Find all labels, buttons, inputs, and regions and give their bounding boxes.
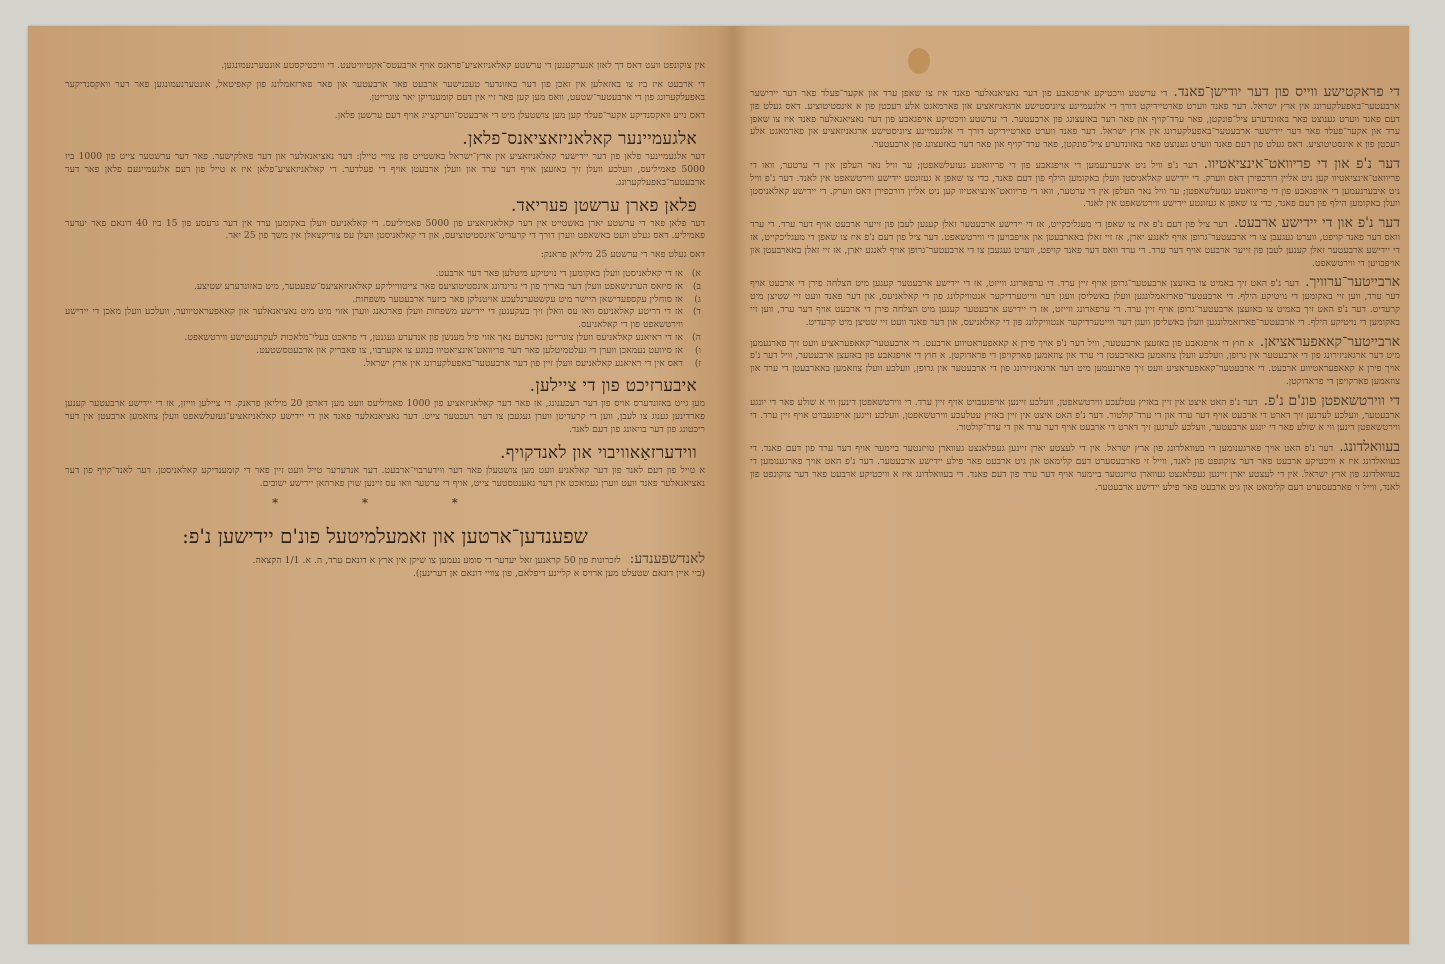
section-body: דער נ'פ און די פריוואט־אינציאטיוו.דער נ'… xyxy=(750,158,1400,211)
section-heading: בעוואלדונג. xyxy=(1339,439,1400,455)
intro-paragraph: די ארבעט איז ביז צו באזאלען אין זאכן פון… xyxy=(65,79,705,105)
right-section: ארבייטער־ערוויך.דער נ'פ האט זיך באמיט צו… xyxy=(750,276,1400,329)
list-number: ו) xyxy=(695,345,701,358)
section-body: מען גייט באזונדערס אויס פון דער רעכענונג… xyxy=(65,398,705,436)
appeal-note: (ביי איין דונאם שטעלט מען ארויס א קליינע… xyxy=(65,567,705,580)
right-section: בעוואלדונג.דער נ'פ האט אויך פארגענומען ד… xyxy=(750,441,1400,494)
right-section: ארבייטער־קאאפעראציאן.א חוץ די אויפגאבע פ… xyxy=(750,336,1400,389)
appeal-text: לזכרונות פון 50 קראנען זאל יעדער די סומע… xyxy=(253,555,621,566)
section-text-cont: דער נ'פ האט זיך באמיט צו באזעצן ארבעטער־… xyxy=(750,304,1400,328)
section-heading: דער נ'פ און די פריוואט־אינציאטיוו. xyxy=(1204,156,1400,172)
section-body: דער נ'פ און די יידישע ארבעט.דער ציל פון … xyxy=(750,217,1400,270)
intro-paragraph: אין צוקונפט וועט דאס דך לאזן אנערקענען ד… xyxy=(65,60,705,73)
section-rebuilding: ווידערזאַאוויבוי און לאנדקויף. א טייל פו… xyxy=(65,443,705,491)
appeal-line: לאנדשפענדע: לזכרונות פון 50 קראנען זאל י… xyxy=(65,553,705,567)
list-text: אז סוחלין עקספעדישאן היישר מיט עקשטערנלע… xyxy=(352,294,683,305)
appeal-heading: שפענדען־ארטען און זאמעלמיטעל פונ'ם יידיש… xyxy=(65,524,705,549)
list-item: ד)אז די דריטע קאלאניעס וואו עס וואלן זיך… xyxy=(65,306,705,332)
section-body: די ווירטשאפטן פונ'ם נ'פ.דער נ'פ האט איצט… xyxy=(750,395,1400,435)
list-number: ה) xyxy=(692,332,701,345)
list-item: א)אז די קאלאניסטן וועלן באקומען די נויטי… xyxy=(65,268,705,281)
right-section: די ווירטשאפטן פונ'ם נ'פ.דער נ'פ האט איצט… xyxy=(750,395,1400,435)
list-item: ב)אז סיזאס הערנישאפט וועלן דער באריך פון… xyxy=(65,281,705,294)
list-item: ה)אז די ראיאנע קאלאניעס וועלן צוגרייטן נ… xyxy=(65,332,705,345)
section-body: בעוואלדונג.דער נ'פ האט אויך פארגענומען ד… xyxy=(750,441,1400,494)
section-body: דער פלאן פאר די ערשטע יארן באשטייט אין ד… xyxy=(65,218,705,244)
section-general-plan: אלגעמיינער קאלאניזאציאנס־פלאן. דער אלגעמ… xyxy=(65,129,705,189)
list-number: ג) xyxy=(694,294,701,307)
list-number: ד) xyxy=(693,306,701,319)
document-sheet: אין צוקונפט וועט דאס דך לאזן אנערקענען ד… xyxy=(28,26,1409,944)
right-section: דער נ'פ און די יידישע ארבעט.דער ציל פון … xyxy=(750,217,1400,270)
right-section: די פראקטישע ווייס פון דער יודישן־פאנד.די… xyxy=(750,86,1400,152)
list-item: ז)דאס אין די ראיאנע קאלאניעס וועלן זיין … xyxy=(65,358,705,371)
list-text: דאס אין די ראיאנע קאלאניעס וועלן זיין פו… xyxy=(363,358,683,369)
list-text: אז די דריטע קאלאניעס וואו עס וואלן זיך ב… xyxy=(65,306,683,330)
list-item: ו)אז סיוועט נעמאכן ווערן די געלטמיטלען פ… xyxy=(65,345,705,358)
list-intro: דאס געלט פאר די ערשטע 25 מיליאן פראנק: xyxy=(65,249,705,262)
list-item: ג)אז סוחלין עקספעדישאן היישר מיט עקשטערנ… xyxy=(65,294,705,307)
center-fold xyxy=(718,26,748,944)
section-heading: דער נ'פ און די יידישע ארבעט. xyxy=(1234,215,1400,231)
section-heading: איבערזיכט פון די ציילען. xyxy=(65,376,697,396)
list-text: אז די קאלאניסטן וועלן באקומען די נויטיקע… xyxy=(436,268,684,279)
numbered-list: א)אז די קאלאניסטן וועלן באקומען די נויטי… xyxy=(65,268,705,370)
list-number: א) xyxy=(692,268,701,281)
list-number: ז) xyxy=(695,358,701,371)
section-heading: ארבייטער־קאאפעראציאן. xyxy=(1260,334,1400,350)
separator-stars: * * * xyxy=(65,496,705,510)
right-page: די פראקטישע ווייס פון דער יודישן־פאנד.די… xyxy=(750,86,1400,500)
appeal-label: לאנדשפענדע: xyxy=(630,551,705,567)
right-section: דער נ'פ און די פריוואט־אינציאטיוו.דער נ'… xyxy=(750,158,1400,211)
list-text: אז די ראיאנע קאלאניעס וועלן צוגרייטן נאכ… xyxy=(184,332,683,343)
section-heading: פלאן פארן ערשטן פעריאד. xyxy=(65,196,697,216)
section-body: ארבייטער־ערוויך.דער נ'פ האט זיך באמיט צו… xyxy=(750,276,1400,329)
section-overview-numbers: איבערזיכט פון די ציילען. מען גייט באזונד… xyxy=(65,376,705,436)
section-body: ארבייטער־קאאפעראציאן.א חוץ די אויפגאבע פ… xyxy=(750,336,1400,389)
list-text: אז סיוועט נעמאכן ווערן די געלטמיטלען פאר… xyxy=(256,345,683,356)
list-text: אז סיזאס הערנישאפט וועלן דער באריך פון ד… xyxy=(194,281,683,292)
stain-mark xyxy=(908,48,930,74)
section-body: א טייל פון דעם לאנד פון דער קאלאניע וועט… xyxy=(65,465,705,491)
left-page: אין צוקונפט וועט דאס דך לאזן אנערקענען ד… xyxy=(65,60,705,580)
section-body: די פראקטישע ווייס פון דער יודישן־פאנד.די… xyxy=(750,86,1400,152)
section-heading: די פראקטישע ווייס פון דער יודישן־פאנד. xyxy=(1173,84,1400,100)
list-number: ב) xyxy=(693,281,701,294)
section-heading: אלגעמיינער קאלאניזאציאנס־פלאן. xyxy=(65,129,697,149)
section-first-period: פלאן פארן ערשטן פעריאד. דער פלאן פאר די … xyxy=(65,196,705,371)
section-heading: ארבייטער־ערוויך. xyxy=(1305,274,1400,290)
section-body: דער אלגעמיינער פלאן פון דער יידישער קאלא… xyxy=(65,151,705,189)
intro-paragraph: דאס נייע וואקסנדיקע אקער־פעלד קען מען צו… xyxy=(65,110,705,123)
section-heading: ווידערזאַאוויבוי און לאנדקויף. xyxy=(65,443,697,463)
section-heading: די ווירטשאפטן פונ'ם נ'פ. xyxy=(1264,393,1400,409)
